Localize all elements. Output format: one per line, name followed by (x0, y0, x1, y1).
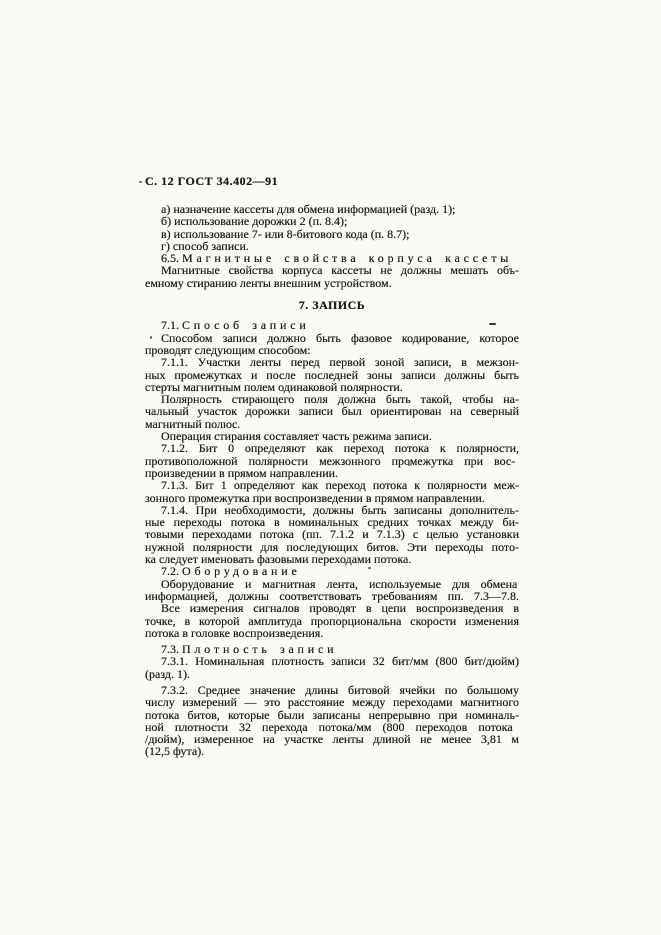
text-line: 7.3.1. Номинальная плотность записи 32 б… (145, 655, 519, 667)
paragraph: 7.1.2. Бит 0 определяют как переход пото… (145, 442, 519, 479)
paragraph: 7.1.3. Бит 1 определяют как переход пото… (145, 479, 519, 504)
paragraph: Полярность стирающего поля должна быть т… (145, 393, 519, 430)
paragraph: 7.1.4. При необходимости, должны быть за… (145, 504, 519, 565)
text-line: (12,5 фута). (145, 745, 519, 757)
scan-artifact (139, 181, 142, 183)
page-header: С. 12 ГОСТ 34.402—91 (145, 174, 278, 189)
paragraph: Оборудование и магнитная лента, использу… (145, 578, 519, 603)
paragraph: Магнитные свойства корпуса кассеты не до… (145, 264, 519, 289)
scan-artifact (489, 323, 496, 325)
scan-artifact (150, 336, 152, 339)
text-line: (разд. 1). (145, 668, 519, 680)
scan-artifact (368, 567, 371, 569)
list-item: б) использование дорожки 2 (п. 8.4); (145, 215, 519, 227)
text-line: потока в головке воспроизведения. (145, 627, 519, 639)
document-content: а) назначение кассеты для обмена информа… (145, 203, 519, 758)
scan-artifact (408, 464, 410, 466)
section-heading: 7. ЗАПИСЬ (145, 299, 519, 311)
text-line: емному стиранию ленты внешним устройство… (145, 277, 519, 289)
paragraph: 7.1.1. Участки ленты перед первой зоной … (145, 356, 519, 393)
paragraph: 7.3.2. Среднее значение длины битовой яч… (145, 684, 519, 758)
document-page: С. 12 ГОСТ 34.402—91 а) назначение кассе… (0, 0, 661, 935)
paragraph: Способом записи должно быть фазовое коди… (145, 332, 519, 357)
paragraph: Все измерения сигналов проводят в цепи в… (145, 602, 519, 639)
paragraph: 7.3.1. Номинальная плотность записи 32 б… (145, 655, 519, 680)
